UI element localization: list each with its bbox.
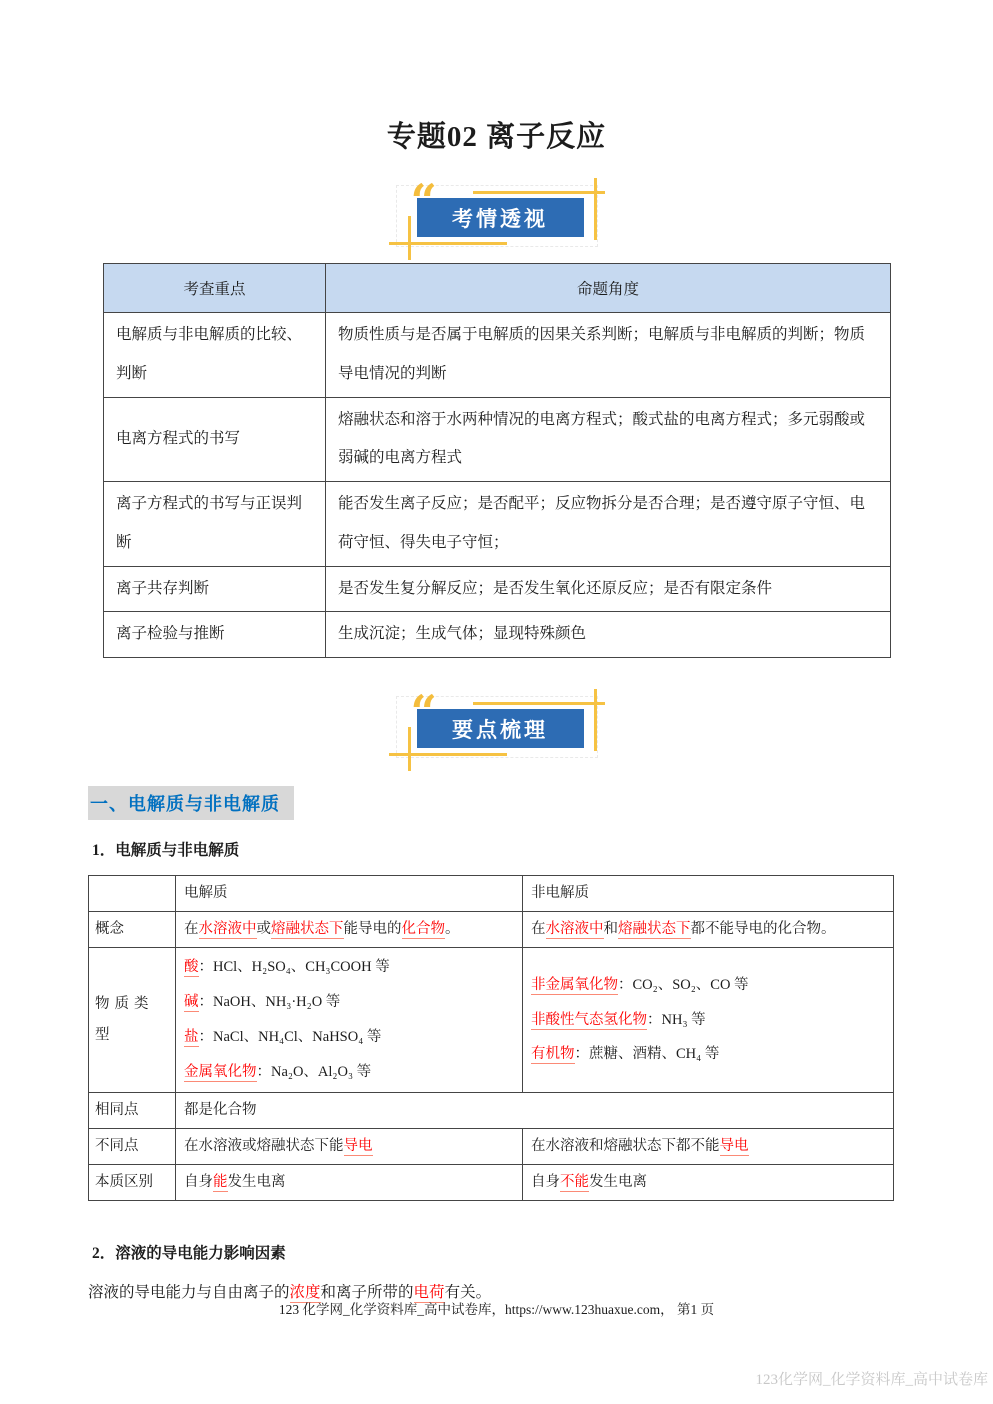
- row-label: 本质区别: [89, 1164, 176, 1200]
- banner-key-points: “ 要点梳理: [396, 696, 598, 758]
- page-title: 专题02 离子反应: [0, 0, 993, 155]
- accent-line-top: [473, 702, 605, 705]
- row-label: 不同点: [89, 1128, 176, 1164]
- table-row: 概念 在水溶液中或熔融状态下能导电的化合物。 在水溶液中和熔融状态下都不能导电的…: [89, 912, 894, 948]
- key-term: 非酸性气态氢化物: [531, 1012, 647, 1030]
- text-segment: ：HCl、H₂SO₄、CH₃COOH 等: [199, 959, 390, 975]
- subsection-title-1: 1．电解质与非电解质: [92, 838, 993, 860]
- table-row: 相同点 都是化合物: [89, 1092, 894, 1128]
- text-segment: 都不能导电的化合物。: [691, 921, 836, 937]
- key-term: 有机物: [531, 1046, 575, 1064]
- table-row: 本质区别 自身能发生电离 自身不能发生电离: [89, 1164, 894, 1200]
- substance-type-line: 非金属氧化物：CO₂、SO₂、CO 等: [531, 968, 885, 1003]
- table-cell: 非金属氧化物：CO₂、SO₂、CO 等 非酸性气态氢化物：NH₃ 等 有机物：蔗…: [523, 948, 894, 1092]
- text-segment: 发生电离: [228, 1174, 286, 1190]
- table-cell: 自身能发生电离: [176, 1164, 523, 1200]
- key-term: 导电: [344, 1138, 373, 1156]
- text-segment: 发生电离: [589, 1174, 647, 1190]
- substance-type-line: 非酸性气态氢化物：NH₃ 等: [531, 1003, 885, 1038]
- table-cell-focus: 电解质与非电解质的比较、判断: [104, 313, 326, 398]
- table-cell: 在水溶液中和熔融状态下都不能导电的化合物。: [523, 912, 894, 948]
- text-segment: ：CO₂、SO₂、CO 等: [618, 977, 749, 993]
- accent-line-left: [408, 727, 411, 771]
- column-header-electrolyte: 电解质: [176, 876, 523, 912]
- section-heading-row: 一、电解质与非电解质: [88, 786, 993, 820]
- table-cell: 在水溶液中或熔融状态下能导电的化合物。: [176, 912, 523, 948]
- text-segment: 能导电的: [344, 921, 402, 937]
- table-cell-angle: 生成沉淀；生成气体；显现特殊颜色: [326, 612, 891, 658]
- substance-type-line: 有机物：蔗糖、酒精、CH₄ 等: [531, 1037, 885, 1072]
- banner-title-exam-insight: 考情透视: [417, 198, 584, 237]
- text-segment: 和: [604, 921, 619, 937]
- text-segment: 在水溶液和熔融状态下都不能: [531, 1138, 720, 1154]
- electrolyte-compare-table: 电解质 非电解质 概念 在水溶液中或熔融状态下能导电的化合物。 在水溶液中和熔融…: [88, 875, 894, 1201]
- substance-type-line: 金属氧化物：Na₂O、Al₂O₃ 等: [184, 1055, 514, 1090]
- table-cell-angle: 是否发生复分解反应；是否发生氧化还原反应；是否有限定条件: [326, 566, 891, 612]
- text-segment: ：Na₂O、Al₂O₃ 等: [257, 1064, 372, 1080]
- substance-type-line: 盐：NaCl、NH₄Cl、NaHSO₄ 等: [184, 1020, 514, 1055]
- text-segment: 自身: [184, 1174, 213, 1190]
- accent-line-right: [594, 178, 597, 240]
- table-row: 物质类型 酸：HCl、H₂SO₄、CH₃COOH 等 碱：NaOH、NH₃·H₂…: [89, 948, 894, 1092]
- accent-line-bottom: [389, 753, 507, 756]
- text-segment: 在: [184, 921, 199, 937]
- key-term: 不能: [560, 1174, 589, 1192]
- table-cell-focus: 电离方程式的书写: [104, 397, 326, 482]
- table-header-row: 电解质 非电解质: [89, 876, 894, 912]
- substance-type-line: 碱：NaOH、NH₃·H₂O 等: [184, 985, 514, 1020]
- page-footer: 123 化学网_化学资料库_高中试卷库，https://www.123huaxu…: [0, 1298, 993, 1318]
- key-term: 导电: [720, 1138, 749, 1156]
- key-term: 非金属氧化物: [531, 977, 618, 995]
- text-segment: 自身: [531, 1174, 560, 1190]
- document-page: 专题02 离子反应 “ 考情透视 考查重点 命题角度 电解质与非电解质的比较、判…: [0, 0, 993, 1404]
- key-term: 熔融状态下: [618, 921, 691, 939]
- key-term: 盐: [184, 1029, 199, 1047]
- exam-overview-table: 考查重点 命题角度 电解质与非电解质的比较、判断 物质性质与是否属于电解质的因果…: [103, 263, 891, 658]
- table-cell-focus: 离子共存判断: [104, 566, 326, 612]
- table-cell: 酸：HCl、H₂SO₄、CH₃COOH 等 碱：NaOH、NH₃·H₂O 等 盐…: [176, 948, 523, 1092]
- key-term: 熔融状态下: [271, 921, 344, 939]
- table-cell: 都是化合物: [176, 1092, 894, 1128]
- table-cell-focus: 离子检验与推断: [104, 612, 326, 658]
- table-row: 电离方程式的书写 熔融状态和溶于水两种情况的电离方程式；酸式盐的电离方程式；多元…: [104, 397, 891, 482]
- text-segment: ：NaCl、NH₄Cl、NaHSO₄ 等: [199, 1029, 382, 1045]
- key-term: 能: [213, 1174, 228, 1192]
- text-segment: 或: [257, 921, 272, 937]
- key-term: 酸: [184, 959, 199, 977]
- subsection-title-2: 2．溶液的导电能力影响因素: [92, 1241, 993, 1263]
- text-segment: ：NaOH、NH₃·H₂O 等: [199, 994, 341, 1010]
- accent-line-top: [473, 191, 605, 194]
- row-label: 物质类型: [89, 948, 176, 1092]
- section-heading: 一、电解质与非电解质: [88, 786, 294, 820]
- substance-type-line: 酸：HCl、H₂SO₄、CH₃COOH 等: [184, 950, 514, 985]
- watermark: 123化学网_化学资料库_高中试卷库: [755, 1368, 988, 1389]
- text-segment: ：蔗糖、酒精、CH₄ 等: [575, 1046, 720, 1062]
- table-cell-empty: [89, 876, 176, 912]
- row-label: 相同点: [89, 1092, 176, 1128]
- key-term: 碱: [184, 994, 199, 1012]
- table-row: 离子方程式的书写与正误判断 能否发生离子反应；是否配平；反应物拆分是否合理；是否…: [104, 482, 891, 567]
- table-cell-angle: 物质性质与是否属于电解质的因果关系判断；电解质与非电解质的判断；物质导电情况的判…: [326, 313, 891, 398]
- table-cell: 在水溶液和熔融状态下都不能导电: [523, 1128, 894, 1164]
- accent-line-bottom: [389, 242, 507, 245]
- table-row: 离子检验与推断 生成沉淀；生成气体；显现特殊颜色: [104, 612, 891, 658]
- banner-title-key-points: 要点梳理: [417, 709, 584, 748]
- table-cell-angle: 能否发生离子反应；是否配平；反应物拆分是否合理；是否遵守原子守恒、电荷守恒、得失…: [326, 482, 891, 567]
- text-segment: ：NH₃ 等: [647, 1012, 706, 1028]
- table-header-row: 考查重点 命题角度: [104, 264, 891, 313]
- text-segment: 在: [531, 921, 546, 937]
- table-row: 电解质与非电解质的比较、判断 物质性质与是否属于电解质的因果关系判断；电解质与非…: [104, 313, 891, 398]
- key-term: 化合物: [402, 921, 446, 939]
- accent-line-right: [594, 689, 597, 751]
- key-term: 水溶液中: [546, 921, 604, 939]
- table-cell: 自身不能发生电离: [523, 1164, 894, 1200]
- table-cell-angle: 熔融状态和溶于水两种情况的电离方程式；酸式盐的电离方程式；多元弱酸或弱碱的电离方…: [326, 397, 891, 482]
- text-segment: 都是化合物: [184, 1102, 257, 1118]
- column-header-focus: 考查重点: [104, 264, 326, 313]
- banner-exam-insight: “ 考情透视: [396, 185, 598, 247]
- row-label: 概念: [89, 912, 176, 948]
- table-cell: 在水溶液或熔融状态下能导电: [176, 1128, 523, 1164]
- table-row: 不同点 在水溶液或熔融状态下能导电 在水溶液和熔融状态下都不能导电: [89, 1128, 894, 1164]
- table-row: 离子共存判断 是否发生复分解反应；是否发生氧化还原反应；是否有限定条件: [104, 566, 891, 612]
- column-header-angle: 命题角度: [326, 264, 891, 313]
- column-header-nonelectrolyte: 非电解质: [523, 876, 894, 912]
- text-segment: 在水溶液或熔融状态下能: [184, 1138, 344, 1154]
- key-term: 金属氧化物: [184, 1064, 257, 1082]
- key-term: 水溶液中: [199, 921, 257, 939]
- text-segment: 。: [445, 921, 460, 937]
- table-cell-focus: 离子方程式的书写与正误判断: [104, 482, 326, 567]
- accent-line-left: [408, 216, 411, 260]
